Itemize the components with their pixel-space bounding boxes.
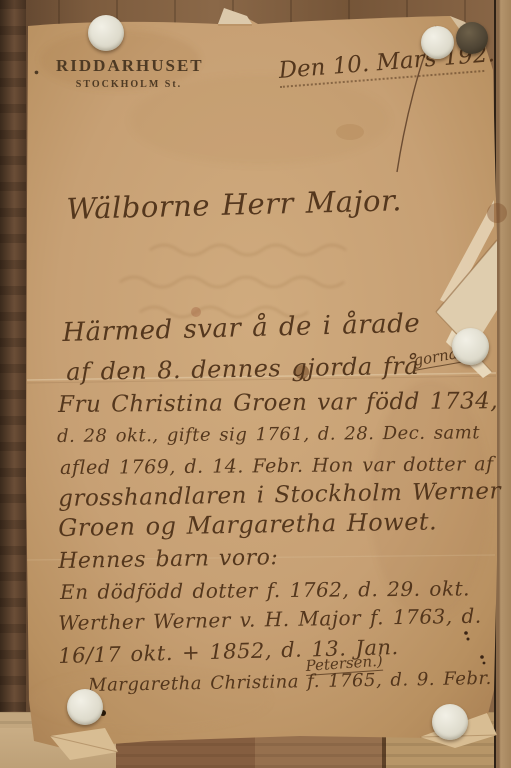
photo-of-letter: . RIDDARHUSET STOCKHOLM St. Den 10. Mars…: [0, 0, 511, 768]
letterhead-subtitle: STOCKHOLM St.: [56, 79, 202, 90]
dark-dot-top-right: [456, 22, 488, 54]
mounting-dot-top-right: [421, 26, 454, 59]
body-line: Hennes barn voro:: [58, 545, 278, 574]
body-line: Fru Christina Groen var född 1734,: [58, 388, 498, 418]
mounting-dot-bottom-left: [67, 689, 103, 725]
torn-flap-top: [218, 8, 252, 25]
body-line: d. 28 okt., gifte sig 1761, d. 28. Dec. …: [57, 422, 480, 447]
mounting-dot-bottom-right: [432, 704, 468, 740]
body-line: afled 1769, d. 14. Febr. Hon var dotter …: [60, 453, 494, 479]
letterhead-title: RIDDARHUSET: [56, 56, 202, 76]
letterhead-dot: .: [33, 55, 40, 79]
body-line: En dödfödd dotter f. 1762, d. 29. okt.: [60, 576, 470, 604]
mounting-dot-right-middle: [452, 328, 489, 365]
mounting-dot-top-left: [88, 15, 124, 51]
letterhead: RIDDARHUSET STOCKHOLM St.: [56, 56, 202, 90]
